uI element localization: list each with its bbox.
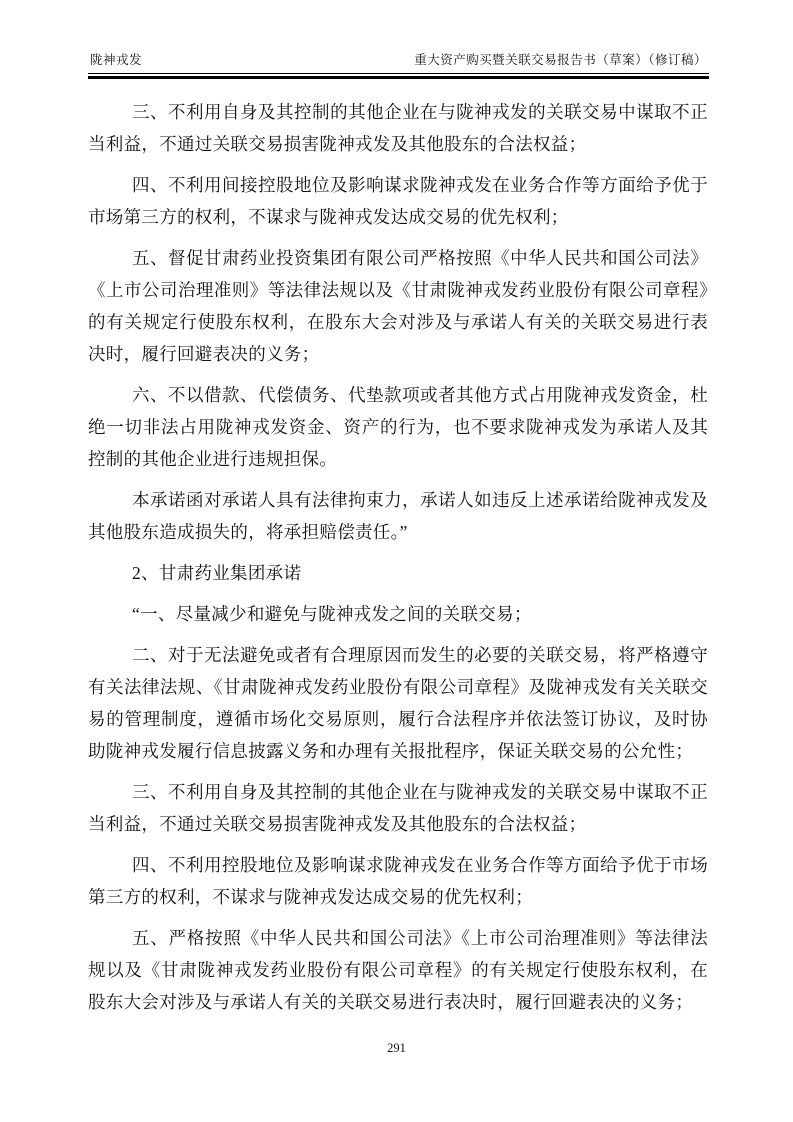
paragraph-binding-statement: 本承诺函对承诺人具有法律拘束力，承诺人如违反上述承诺给陇神戎发及其他股东造成损失… bbox=[88, 484, 708, 548]
paragraph-commitment2-1: “一、尽量减少和避免与陇神戎发之间的关联交易； bbox=[88, 598, 708, 630]
paragraph-commitment2-3: 三、不利用自身及其控制的其他企业在与陇神戎发的关联交易中谋取不正当利益，不通过关… bbox=[88, 776, 708, 840]
page-header: 陇神戎发 重大资产购买暨关联交易报告书（草案）（修订稿） bbox=[88, 50, 709, 79]
paragraph-commitment2-5: 五、严格按照《中华人民共和国公司法》《上市公司治理准则》等法律法规以及《甘肃陇神… bbox=[88, 922, 708, 1018]
heading-gansu-pharma-commitment: 2、甘肃药业集团承诺 bbox=[88, 557, 708, 589]
page-footer: 291 bbox=[0, 1041, 793, 1056]
paragraph-commitment-6: 六、不以借款、代偿债务、代垫款项或者其他方式占用陇神戎发资金，杜绝一切非法占用陇… bbox=[88, 379, 708, 475]
paragraph-commitment-5: 五、督促甘肃药业投资集团有限公司严格按照《中华人民共和国公司法》《上市公司治理准… bbox=[88, 242, 708, 370]
document-page: 陇神戎发 重大资产购买暨关联交易报告书（草案）（修订稿） 三、不利用自身及其控制… bbox=[0, 0, 793, 1122]
paragraph-commitment-4: 四、不利用间接控股地位及影响谋求陇神戎发在业务合作等方面给予优于市场第三方的权利… bbox=[88, 169, 708, 233]
header-company-name: 陇神戎发 bbox=[90, 50, 142, 68]
header-rule-thin bbox=[88, 73, 709, 74]
paragraph-commitment2-2: 二、对于无法避免或者有合理原因而发生的必要的关联交易，将严格遵守有关法律法规、《… bbox=[88, 639, 708, 767]
header-rule-thick bbox=[88, 76, 709, 79]
header-report-title: 重大资产购买暨关联交易报告书（草案）（修订稿） bbox=[414, 50, 707, 68]
paragraph-commitment2-4: 四、不利用控股地位及影响谋求陇神戎发在业务合作等方面给予优于市场第三方的权利，不… bbox=[88, 849, 708, 913]
page-number: 291 bbox=[387, 1041, 406, 1055]
paragraph-commitment-3: 三、不利用自身及其控制的其他企业在与陇神戎发的关联交易中谋取不正当利益，不通过关… bbox=[88, 96, 708, 160]
header-row: 陇神戎发 重大资产购买暨关联交易报告书（草案）（修订稿） bbox=[88, 50, 709, 73]
document-body: 三、不利用自身及其控制的其他企业在与陇神戎发的关联交易中谋取不正当利益，不通过关… bbox=[88, 96, 708, 1027]
